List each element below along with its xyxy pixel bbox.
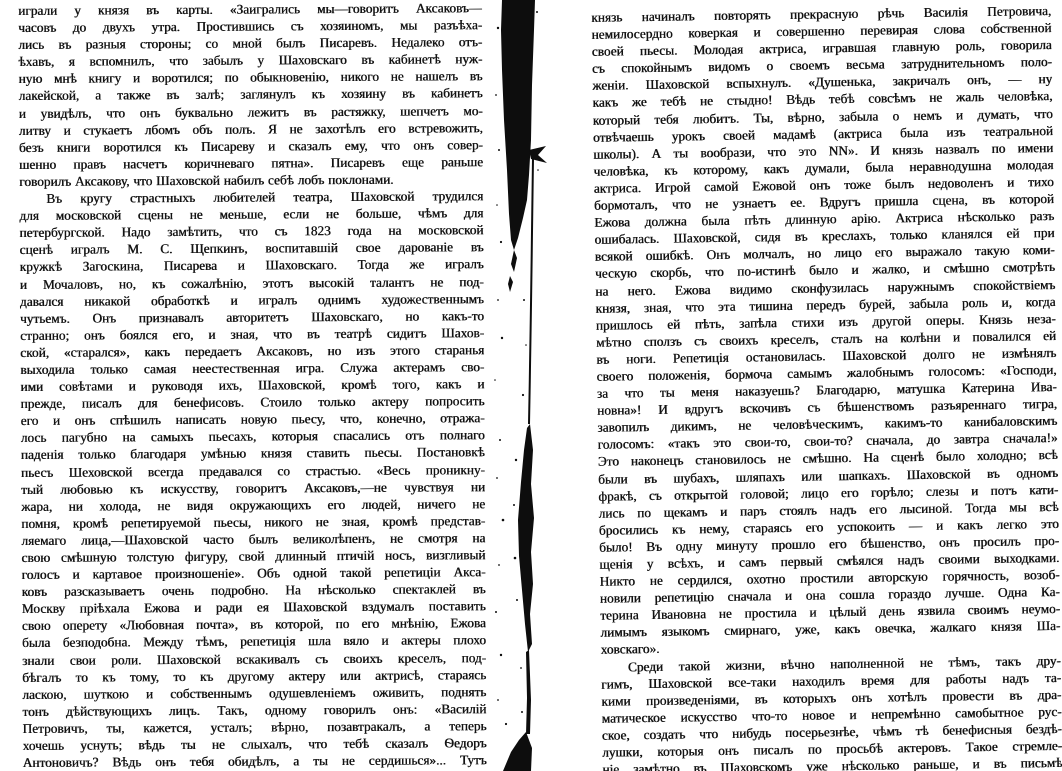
- text-line: была безподобна. Между тѣмъ, репетиція ш…: [22, 632, 486, 652]
- binding-gutter: [488, 0, 578, 771]
- binding-ink-shapes: [494, 0, 547, 771]
- page-right: князь начиналъ повторять прекрасную рѣчь…: [591, 2, 1062, 771]
- text-line: Антоновичъ? Вѣдь онъ тебя обидѣлъ, а ты …: [23, 751, 487, 771]
- text-line: паденія только благодаря умѣнью князя ст…: [21, 444, 485, 464]
- text-line: кружкѣ Загоскина, Писарева и Шаховскаго.…: [20, 256, 484, 276]
- book-scan: играли у князя въ карты. «Заигрались мы—…: [0, 0, 1062, 771]
- text-line: лакейской, а также въ залѣ; заглянулъ къ…: [19, 85, 483, 105]
- text-line: шенно правъ насчетъ коричневаго пятна». …: [19, 153, 483, 173]
- page-left: играли у князя въ карты. «Заигрались мы—…: [18, 0, 487, 771]
